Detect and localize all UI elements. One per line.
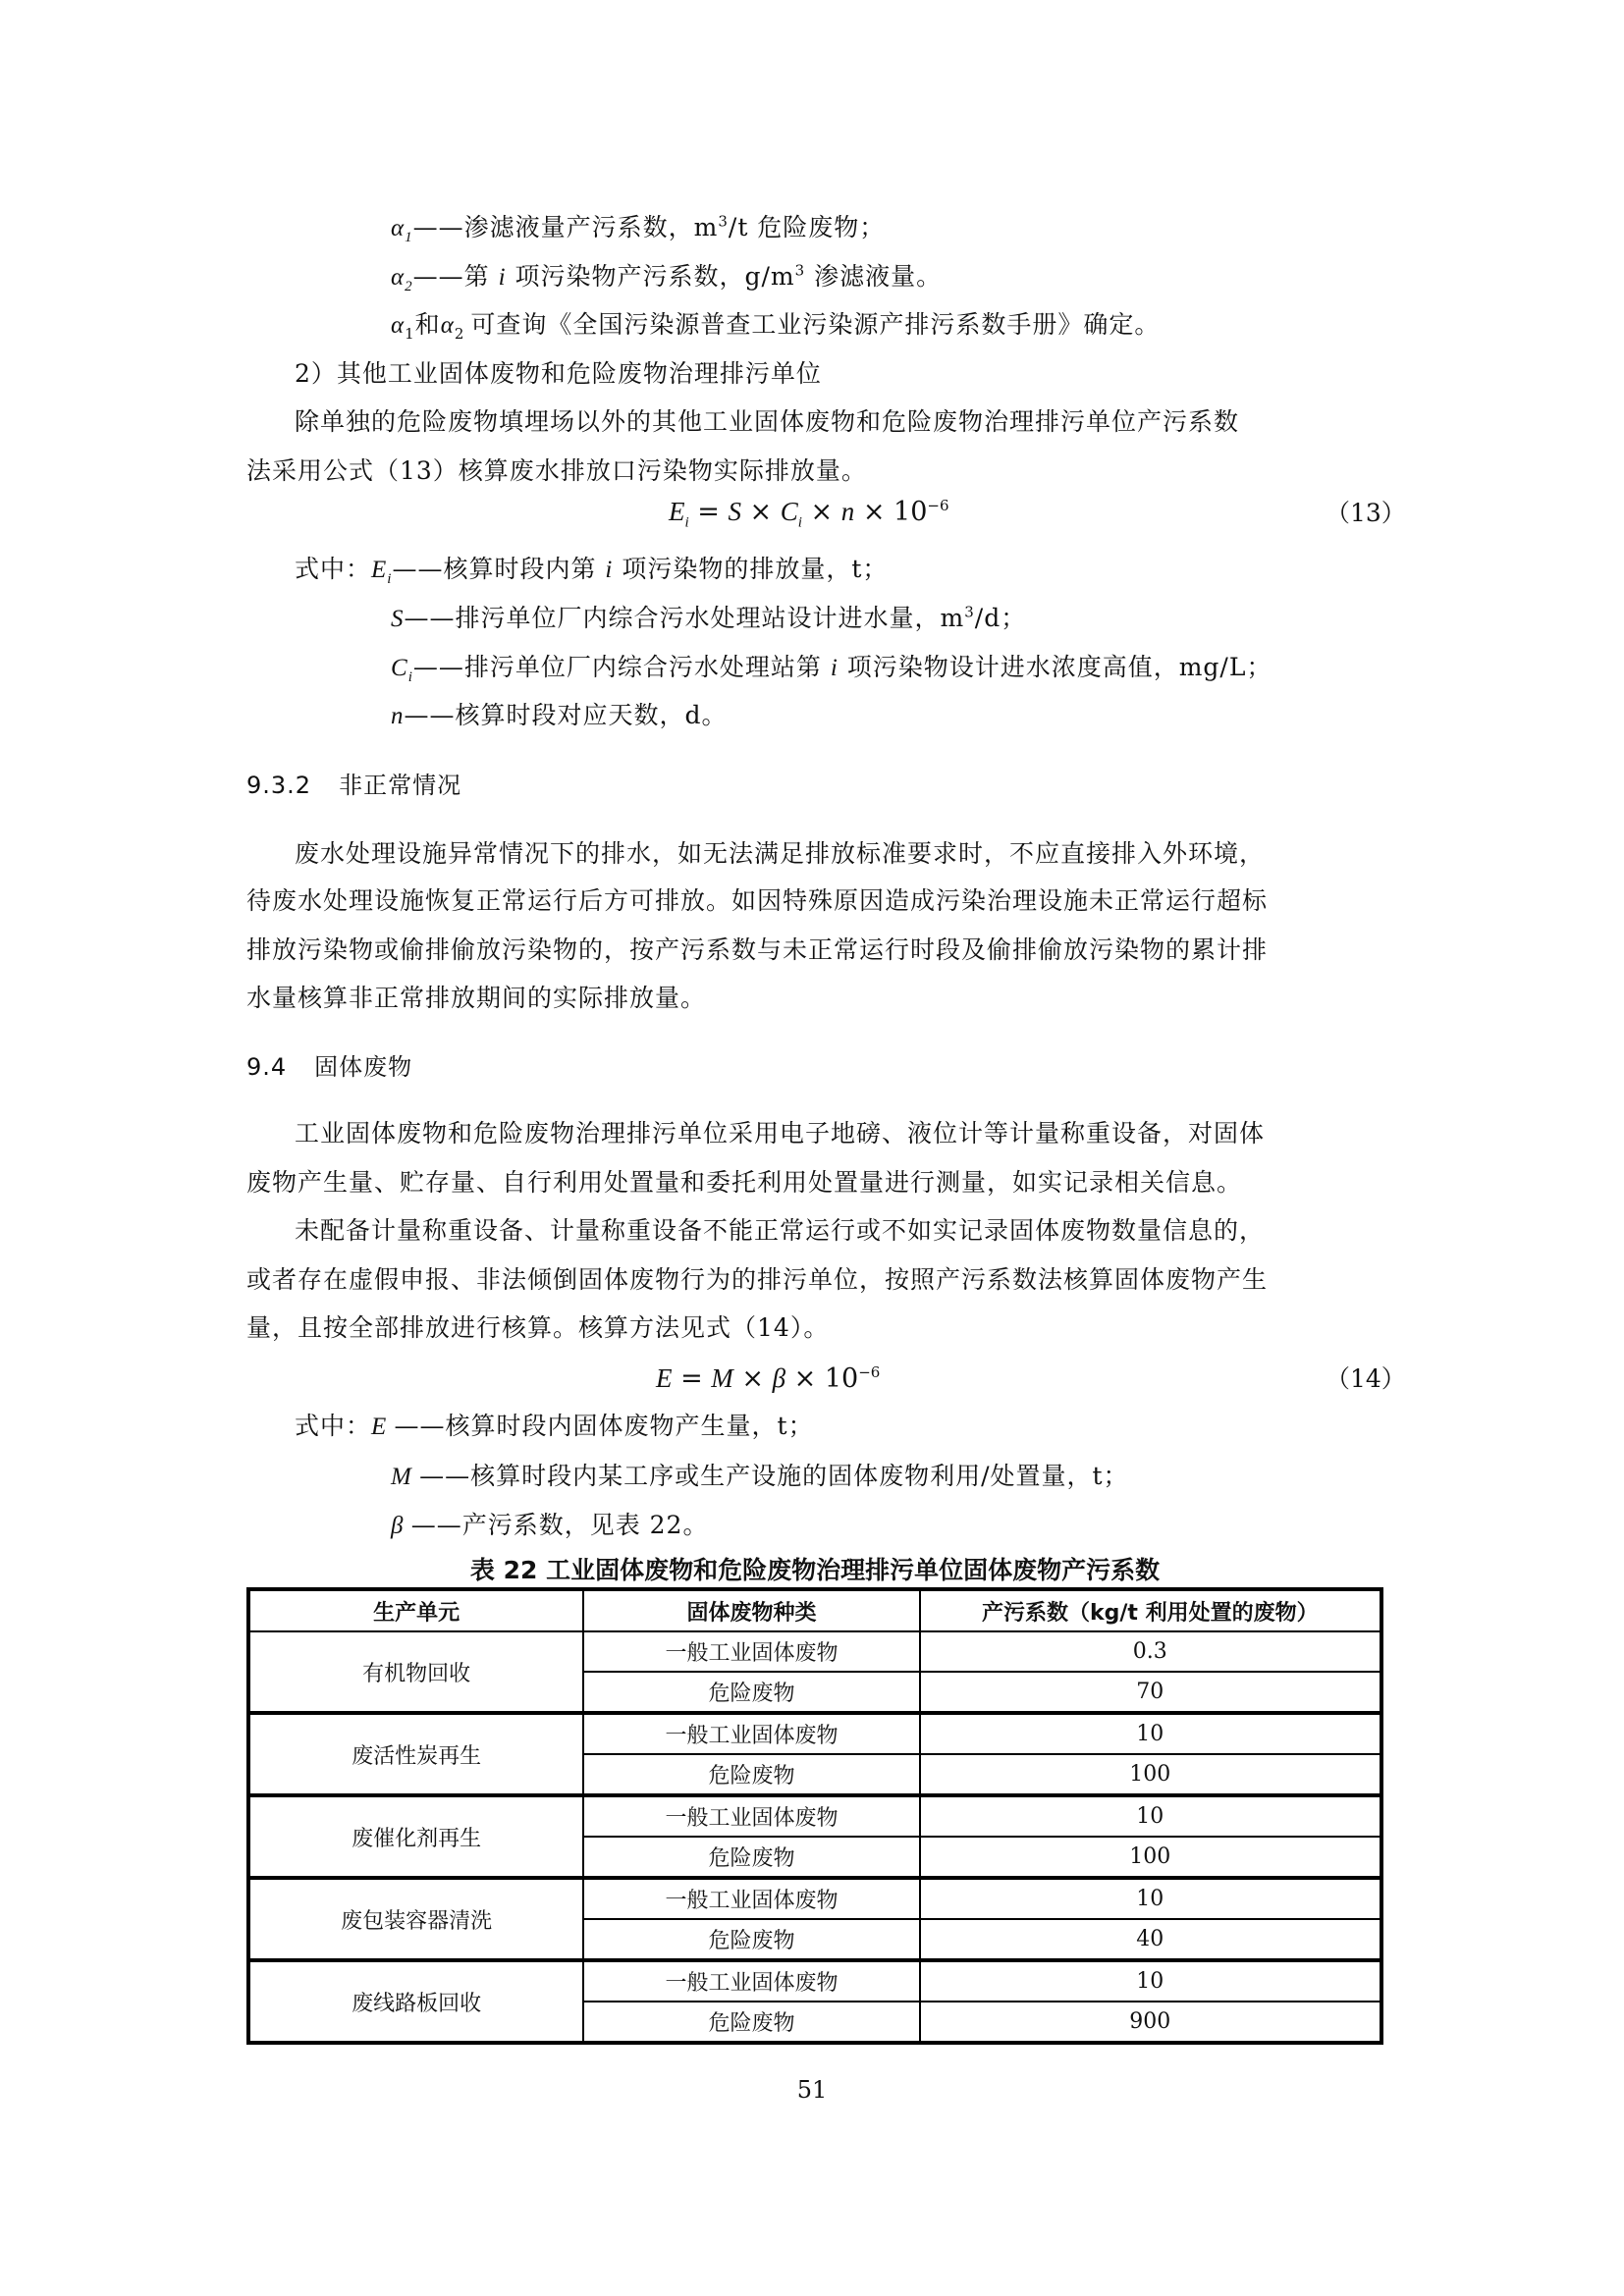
equation-14: E = M × β × 10−6 — [656, 1362, 880, 1395]
cell-type: 一般工业固体废物 — [583, 1960, 919, 2002]
cell-value: 0.3 — [920, 1631, 1381, 1672]
def-M: M ——核算时段内某工序或生产设施的固体废物利用/处置量，t； — [391, 1462, 1129, 1492]
cell-value: 100 — [920, 1754, 1381, 1795]
cell-type: 一般工业固体废物 — [583, 1878, 919, 1919]
table-row: 有机物回收 一般工业固体废物 0.3 — [248, 1631, 1381, 1672]
def-symbol: M — [391, 1464, 419, 1490]
section-heading-9-4: 9.4固体废物 — [246, 1052, 412, 1082]
section-number: 9.4 — [246, 1053, 287, 1081]
superscript: 3 — [964, 604, 975, 621]
paragraph-line: 废水处理设施异常情况下的排水，如无法满足排放标准要求时，不应直接排入外环境， — [295, 839, 1265, 869]
equation-14-number: （14） — [1326, 1364, 1406, 1394]
cell-unit: 有机物回收 — [248, 1631, 583, 1713]
def-text: ——核算时段内某工序或生产设施的固体废物利用/处置量，t； — [419, 1462, 1128, 1490]
eq-exponent: −6 — [858, 1363, 880, 1381]
eq-times: × — [741, 497, 781, 527]
def-E: 式中：E ——核算时段内固体废物产生量，t； — [295, 1412, 814, 1442]
table-row: 废活性炭再生 一般工业固体废物 10 — [248, 1713, 1381, 1754]
def-Ei: 式中：Ei——核算时段内第 i 项污染物的排放量，t； — [295, 555, 888, 585]
cell-unit: 废包装容器清洗 — [248, 1878, 583, 1960]
cell-type: 一般工业固体废物 — [583, 1795, 919, 1837]
def-prefix: 式中： — [295, 1412, 371, 1440]
def-symbol: S — [391, 606, 405, 632]
page-number: 51 — [0, 2076, 1624, 2104]
def-Ci: Ci——排污单位厂内综合污水处理站第 i 项污染物设计进水浓度高值，mg/L； — [391, 653, 1272, 683]
superscript: 3 — [795, 262, 806, 280]
eq-exponent: −6 — [927, 497, 948, 514]
cell-value: 10 — [920, 1878, 1381, 1919]
eq-equals: = — [673, 1363, 712, 1394]
cell-type: 一般工业固体废物 — [583, 1713, 919, 1754]
cell-unit: 废活性炭再生 — [248, 1713, 583, 1795]
section-number: 9.3.2 — [246, 772, 311, 799]
alpha1-symbol: α — [391, 312, 405, 339]
item2-heading: 2）其他工业固体废物和危险废物治理排污单位 — [295, 359, 822, 389]
section-heading-9-3-2: 9.3.2非正常情况 — [246, 771, 461, 800]
cell-value: 40 — [920, 1919, 1381, 1960]
def-symbol: n — [391, 703, 405, 729]
cell-type: 危险废物 — [583, 1672, 919, 1713]
eq-equals: = — [689, 497, 729, 527]
equation-13-number: （13） — [1326, 499, 1406, 528]
table-caption: 表 22 工业固体废物和危险废物治理排污单位固体废物产污系数 — [246, 1556, 1383, 1585]
alpha1-text: 渗滤液量产污系数，m — [464, 213, 719, 241]
table-row: 废催化剂再生 一般工业固体废物 10 — [248, 1795, 1381, 1837]
paragraph-line: 未配备计量称重设备、计量称重设备不能正常运行或不如实记录固体废物数量信息的， — [295, 1216, 1265, 1246]
def-text: ——核算时段内固体废物产生量，t； — [395, 1412, 814, 1440]
alpha1-subscript: 1 — [405, 230, 413, 245]
dash: —— — [413, 262, 464, 291]
eq-var-E: E — [656, 1363, 673, 1393]
table-header-row: 生产单元 固体废物种类 产污系数（kg/t 利用处置的废物） — [248, 1589, 1381, 1631]
paragraph-line: 排放污染物或偷排偷放污染物的，按产污系数与未正常运行时段及偷排偷放污染物的累计排 — [246, 935, 1268, 965]
reference-text: 可查询《全国污染源普查工业污染源产排污系数手册》确定。 — [470, 310, 1160, 339]
def-text: ——核算时段内第 — [392, 555, 605, 583]
eq-var-S: S — [728, 497, 741, 526]
cell-type: 危险废物 — [583, 2002, 919, 2043]
cell-unit: 废线路板回收 — [248, 1960, 583, 2043]
eq-var-C: C — [781, 497, 798, 526]
paragraph-line: 水量核算非正常排放期间的实际排放量。 — [246, 984, 706, 1013]
header-production-unit: 生产单元 — [248, 1589, 583, 1631]
alpha2-unit: 渗滤液量。 — [805, 262, 942, 291]
alpha2-text: 第 — [464, 262, 499, 291]
paragraph-line: 除单独的危险废物填埋场以外的其他工业固体废物和危险废物治理排污单位产污系数 — [295, 407, 1239, 437]
alpha1-subscript: 1 — [405, 325, 415, 343]
def-text: ——产污系数，见表 22。 — [411, 1511, 709, 1539]
section-title: 固体废物 — [314, 1053, 412, 1081]
eq-power-base: × 10 — [785, 1363, 858, 1394]
section-title: 非正常情况 — [339, 772, 461, 799]
def-text-2: 项污染物设计进水浓度高值，mg/L； — [839, 653, 1272, 681]
table-row: 废包装容器清洗 一般工业固体废物 10 — [248, 1878, 1381, 1919]
def-prefix: 式中： — [295, 555, 371, 583]
def-text: ——核算时段对应天数，d。 — [405, 701, 728, 729]
def-unit: /d； — [975, 604, 1026, 632]
paragraph-line: 待废水处理设施恢复正常运行后方可排放。如因特殊原因造成污染治理设施未正常运行超标 — [246, 886, 1268, 916]
eq-var-n: n — [841, 497, 855, 526]
def-text: ——排污单位厂内综合污水处理站设计进水量，m — [405, 604, 965, 632]
dash: —— — [413, 213, 464, 241]
def-symbol: E — [371, 557, 387, 583]
cell-value: 70 — [920, 1672, 1381, 1713]
alpha2-subscript: 2 — [455, 325, 465, 343]
header-waste-type: 固体废物种类 — [583, 1589, 919, 1631]
alpha1-definition: α1——渗滤液量产污系数，m3/t 危险废物； — [391, 213, 885, 243]
cell-unit: 废催化剂再生 — [248, 1795, 583, 1878]
cell-type: 危险废物 — [583, 1754, 919, 1795]
paragraph-line: 废物产生量、贮存量、自行利用处置量和委托利用处置量进行测量，如实记录相关信息。 — [246, 1168, 1242, 1198]
paragraph-line: 量，且按全部排放进行核算。核算方法见式（14）。 — [246, 1313, 829, 1343]
table-22: 生产单元 固体废物种类 产污系数（kg/t 利用处置的废物） 有机物回收 一般工… — [246, 1587, 1383, 2045]
index-variable: i — [831, 655, 839, 681]
alpha2-definition: α2——第 i 项污染物产污系数，g/m3 渗滤液量。 — [391, 262, 942, 293]
def-symbol: C — [391, 655, 408, 681]
alpha2-symbol: α — [391, 264, 405, 291]
eq-var-E: E — [669, 497, 685, 526]
paragraph-line: 工业固体废物和危险废物治理排污单位采用电子地磅、液位计等计量称重设备，对固体 — [295, 1119, 1265, 1148]
eq-times: × — [733, 1363, 773, 1394]
def-text-2: 项污染物的排放量，t； — [613, 555, 888, 583]
def-n: n——核算时段对应天数，d。 — [391, 701, 728, 731]
cell-type: 一般工业固体废物 — [583, 1631, 919, 1672]
cell-value: 10 — [920, 1960, 1381, 2002]
def-symbol: β — [391, 1513, 411, 1539]
alpha1-symbol: α — [391, 215, 405, 241]
alpha-reference: α1和α2可查询《全国污染源普查工业污染源产排污系数手册》确定。 — [391, 310, 1160, 341]
alpha1-unit: /t 危险废物； — [729, 213, 885, 241]
alpha2-text-2: 项污染物产污系数，g/m — [507, 262, 795, 291]
def-symbol: E — [371, 1414, 395, 1440]
alpha2-subscript: 2 — [405, 279, 413, 294]
cell-type: 危险废物 — [583, 1837, 919, 1878]
eq-power-base: × 10 — [854, 497, 927, 527]
cell-value: 10 — [920, 1795, 1381, 1837]
cell-value: 100 — [920, 1837, 1381, 1878]
paragraph-line: 法采用公式（13）核算废水排放口污染物实际排放量。 — [246, 456, 867, 486]
def-text: ——排污单位厂内综合污水处理站第 — [413, 653, 831, 681]
cell-value: 900 — [920, 2002, 1381, 2043]
alpha2-symbol: α — [441, 312, 455, 339]
eq-var-beta: β — [773, 1363, 785, 1393]
def-S: S——排污单位厂内综合污水处理站设计进水量，m3/d； — [391, 604, 1026, 634]
def-beta: β ——产污系数，见表 22。 — [391, 1511, 708, 1541]
index-variable: i — [499, 264, 507, 291]
equation-13: Ei = S × Ci × n × 10−6 — [669, 496, 949, 528]
table-row: 废线路板回收 一般工业固体废物 10 — [248, 1960, 1381, 2002]
eq-times: × — [802, 497, 841, 527]
cell-value: 10 — [920, 1713, 1381, 1754]
header-coefficient: 产污系数（kg/t 利用处置的废物） — [920, 1589, 1381, 1631]
paragraph-line: 或者存在虚假申报、非法倾倒固体废物行为的排污单位，按照产污系数法核算固体废物产生 — [246, 1265, 1268, 1295]
eq-var-M: M — [711, 1363, 733, 1393]
cell-type: 危险废物 — [583, 1919, 919, 1960]
superscript: 3 — [718, 213, 729, 231]
conjunction: 和 — [415, 310, 441, 339]
